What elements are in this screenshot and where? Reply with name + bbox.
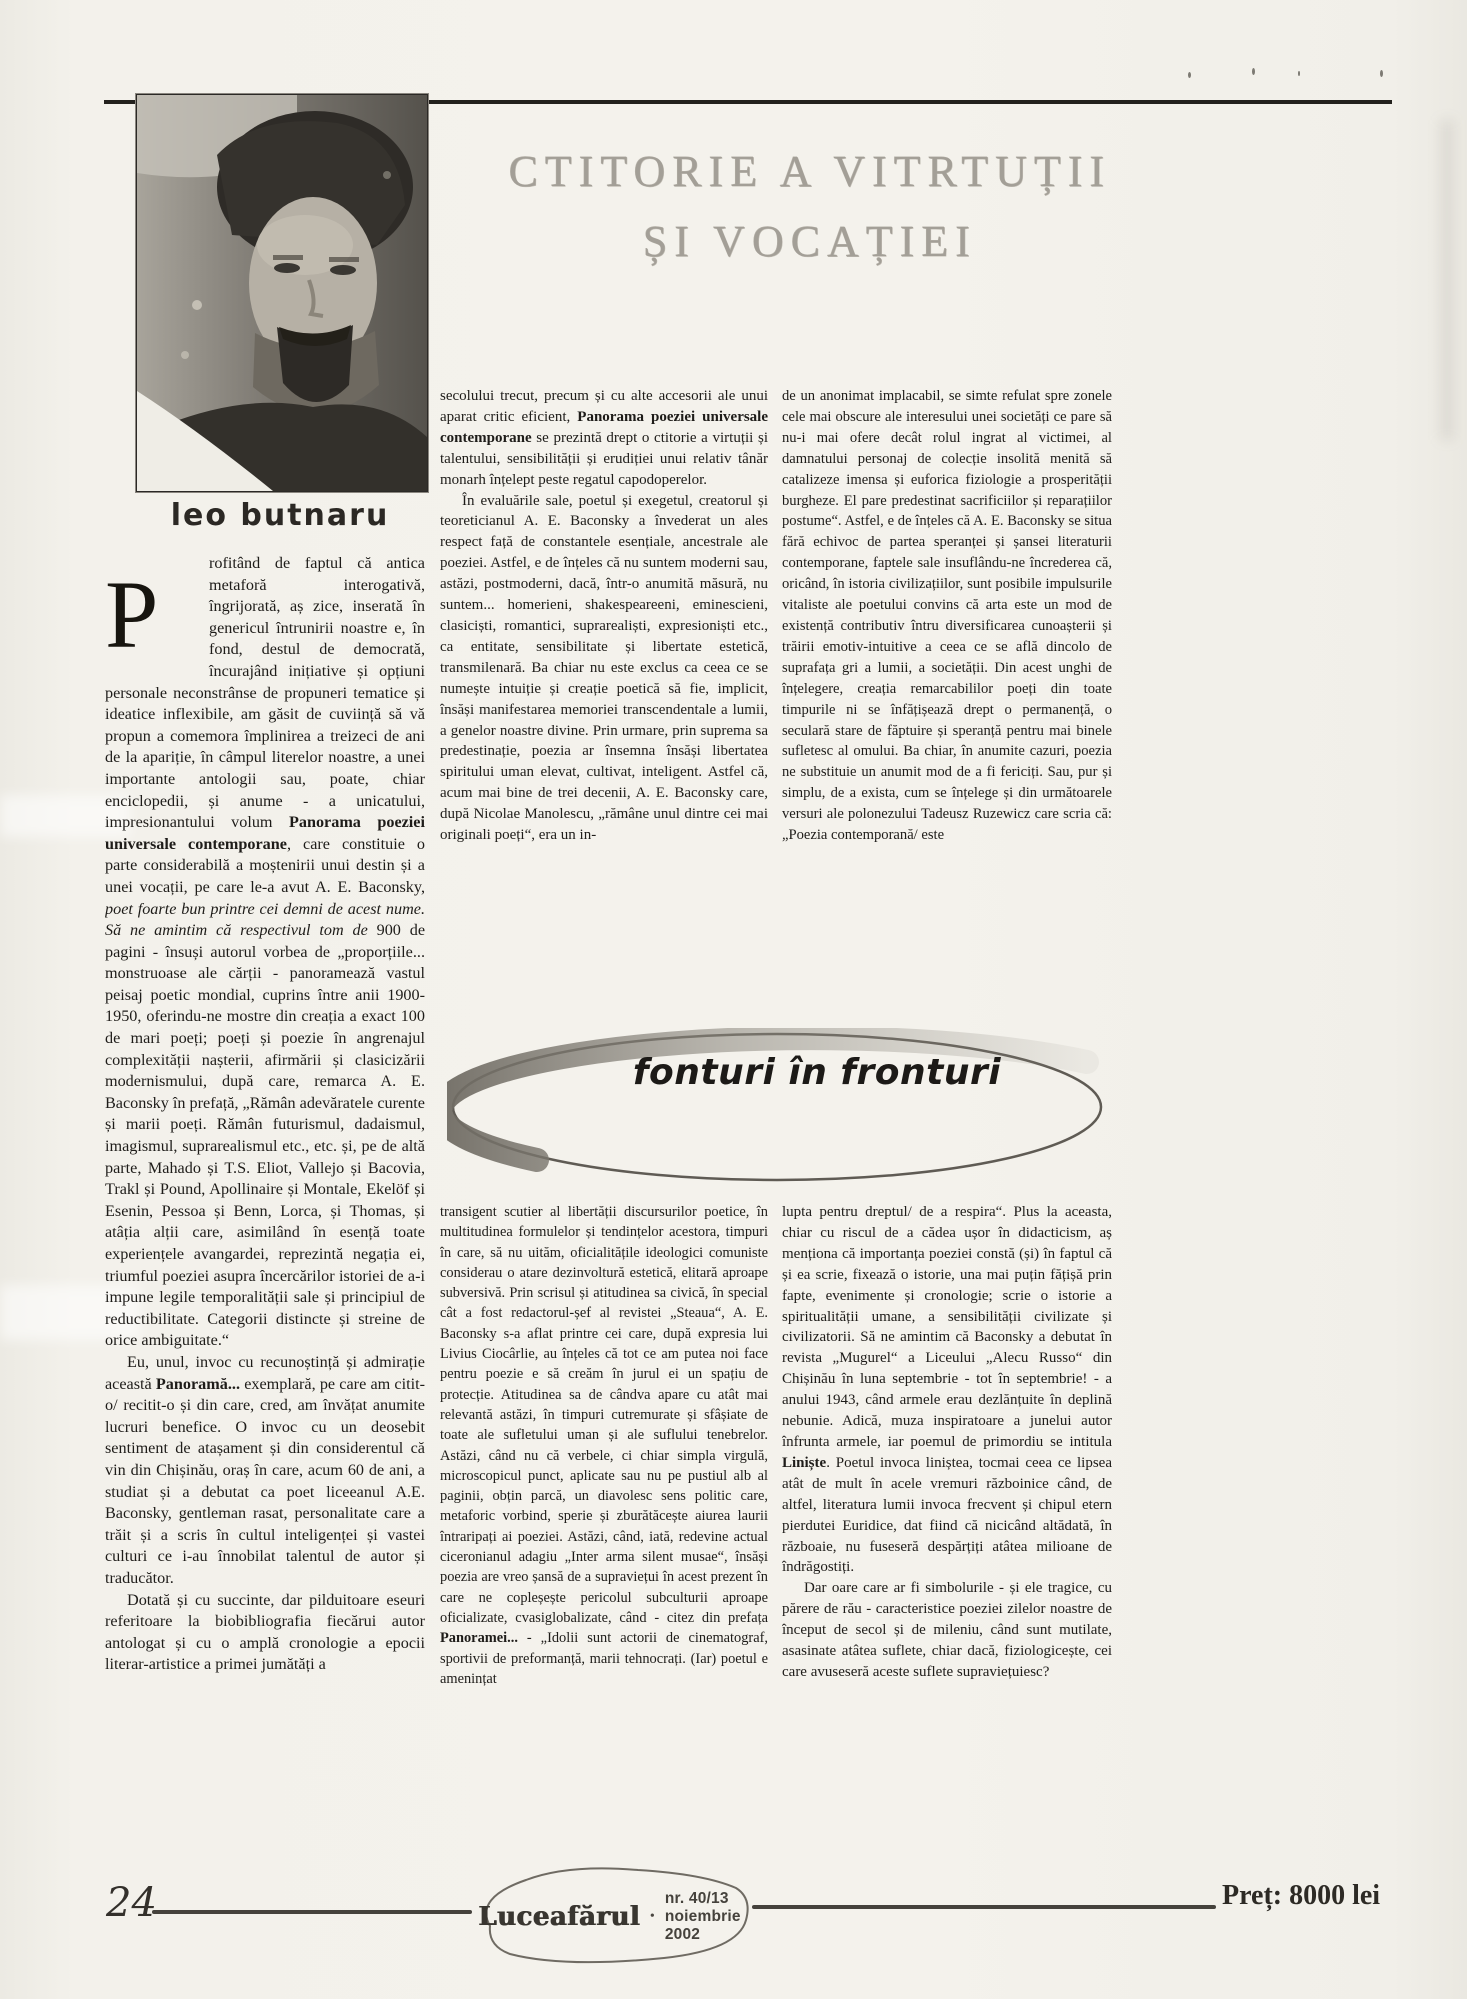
banner-label: fonturi în fronturi <box>537 1052 1097 1093</box>
paragraph: În evaluările sale, poetul și exegetul, … <box>440 491 768 846</box>
footer-rule-left <box>152 1910 472 1914</box>
paragraph: transigent scutier al libertății discurs… <box>440 1202 768 1689</box>
text-run: Dar oare care ar fi simbolurile - și ele… <box>782 1580 1112 1680</box>
issue-date: nr. 40/13 noiembrie 2002 <box>665 1890 744 1944</box>
newspaper-logo: Luceafărul <box>478 1902 640 1932</box>
portrait-graphic <box>137 95 427 491</box>
scan-speck <box>1252 68 1255 75</box>
text-run: lupta pentru dreptul/ de a respira“. Plu… <box>782 1204 1112 1450</box>
paragraph: Eu, unul, invoc cu recunoștință și admir… <box>105 1352 425 1590</box>
drop-cap: P <box>105 553 209 661</box>
text-run: 900 de pagini - însuși autorul vorbea de… <box>105 921 425 1349</box>
footer-logo-bubble: Luceafărul • nr. 40/13 noiembrie 2002 <box>468 1864 754 1964</box>
paragraph: Dar oare care ar fi simbolurile - și ele… <box>782 1578 1112 1683</box>
column-right-top: de un anonimat implacabil, se simte refu… <box>782 386 1112 1020</box>
text-run: . Poetul invoca liniștea, tocmai ceea ce… <box>782 1455 1112 1576</box>
author-byline: leo butnaru <box>130 498 430 533</box>
text-run: de un anonimat implacabil, se simte refu… <box>782 388 1112 843</box>
article-title-line2: ȘI VOCAȚIEI <box>420 216 1200 267</box>
paragraph: secolului trecut, precum și cu alte acce… <box>440 386 768 491</box>
section-banner: fonturi în fronturi <box>447 1028 1107 1186</box>
text-run: În evaluările sale, poetul și exegetul, … <box>440 493 768 844</box>
paragraph: lupta pentru dreptul/ de a respira“. Plu… <box>782 1202 1112 1578</box>
column-right-bottom: lupta pentru dreptul/ de a respira“. Plu… <box>782 1202 1112 1854</box>
text-run: Dotată și cu succinte, dar pilduitoare e… <box>105 1591 425 1674</box>
text-run: Panoramă... <box>156 1375 240 1393</box>
column-center-top: secolului trecut, precum și cu alte acce… <box>440 386 768 1020</box>
column-left: Profitând de faptul că antica metaforă i… <box>105 553 425 1853</box>
text-run: exemplară, pe care am citit-o/ recitit-o… <box>105 1375 425 1587</box>
paragraph: Dotată și cu succinte, dar pilduitoare e… <box>105 1590 425 1676</box>
text-run: Panoramei... <box>440 1630 518 1646</box>
column-center-bottom: transigent scutier al libertății discurs… <box>440 1202 768 1854</box>
article-title-line1: CTITORIE A VITRTUȚII <box>420 146 1200 197</box>
scan-speck <box>1380 70 1383 77</box>
scan-streak <box>1440 120 1454 440</box>
bullet-separator-icon: • <box>650 1909 655 1925</box>
newspaper-page: leo butnaru CTITORIE A VITRTUȚII ȘI VOCA… <box>0 0 1467 1999</box>
author-photo <box>136 94 428 492</box>
scan-speck <box>1188 72 1191 78</box>
price-label: Preț: 8000 lei <box>1222 1880 1380 1912</box>
scan-speck <box>1298 71 1300 76</box>
text-run: Liniște <box>782 1455 826 1471</box>
page-number: 24 <box>106 1880 157 1926</box>
paragraph: de un anonimat implacabil, se simte refu… <box>782 386 1112 846</box>
paragraph: Profitând de faptul că antica metaforă i… <box>105 553 425 1352</box>
footer-rule-right <box>752 1905 1216 1909</box>
text-run: transigent scutier al libertății discurs… <box>440 1204 768 1626</box>
